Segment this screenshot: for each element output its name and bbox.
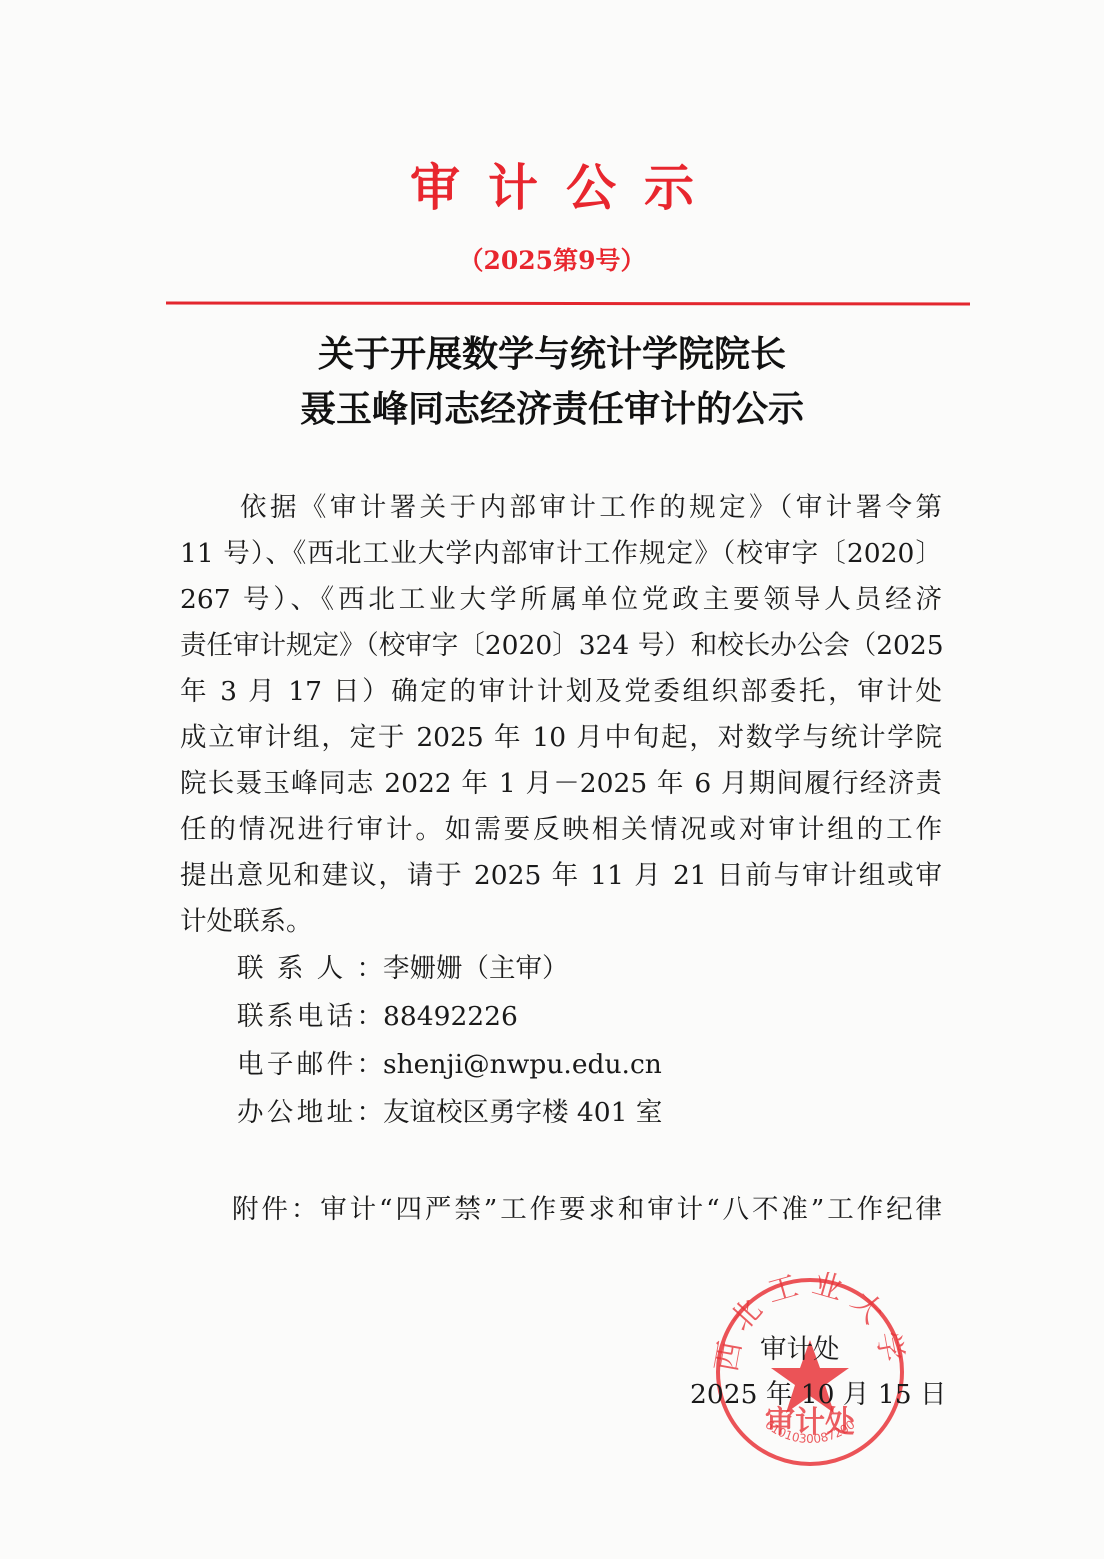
document-title-line-2: 聂玉峰同志经济责任审计的公示 <box>0 381 1104 437</box>
signature-date: 2025 年 10 月 15 日 <box>690 1375 947 1415</box>
contact-label: 电子邮件： <box>237 1042 383 1088</box>
contact-label: 联系电话： <box>237 994 383 1040</box>
body-line: 267 号）、《西北工业大学所属单位党政主要领导人员经济 <box>180 577 942 623</box>
contact-label: 办公地址： <box>237 1090 383 1136</box>
attachment-note: 附件：审计“四严禁”工作要求和审计“八不准”工作纪律 <box>232 1187 942 1233</box>
contact-email: 电子邮件：shenji@nwpu.edu.cn <box>237 1042 662 1088</box>
body-line: 11 号）、《西北工业大学内部审计工作规定》（校审字〔2020〕 <box>180 531 942 577</box>
body-line: 责任审计规定》（校审字〔2020〕324 号）和校长办公会（2025 <box>180 623 942 669</box>
body-line: 任的情况进行审计。如需要反映相关情况或对审计组的工作 <box>180 807 942 853</box>
body-line: 成立审计组，定于 2025 年 10 月中旬起，对数学与统计学院 <box>180 715 942 761</box>
contact-address: 办公地址：友谊校区勇字楼 401 室 <box>237 1090 662 1136</box>
contact-label: 联系人： <box>237 946 383 992</box>
issue-number: （2025第9号） <box>0 244 1104 278</box>
body-line: 年 3 月 17 日）确定的审计计划及党委组织部委托，审计处 <box>180 669 942 715</box>
official-seal: 西北工业大学 审计处 6101030087200 <box>710 1272 910 1472</box>
contact-value: 友谊校区勇字楼 401 室 <box>383 1097 662 1128</box>
body-line: 院长聂玉峰同志 2022 年 1 月－2025 年 6 月期间履行经济责 <box>180 761 942 807</box>
contact-person: 联系人：李姗姗（主审） <box>237 946 569 992</box>
masthead-title: 审计公示 <box>0 158 1104 218</box>
body-line: 提出意见和建议，请于 2025 年 11 月 21 日前与审计组或审 <box>180 853 942 899</box>
contact-phone: 联系电话：88492226 <box>237 994 518 1040</box>
contact-value: 李姗姗（主审） <box>383 953 569 984</box>
body-line: 计处联系。 <box>180 899 942 945</box>
contact-value: 88492226 <box>383 1001 518 1032</box>
contact-value[interactable]: shenji@nwpu.edu.cn <box>383 1049 662 1080</box>
signature-org: 审计处 <box>760 1330 840 1370</box>
body-line: 依据《审计署关于内部审计工作的规定》（审计署令第 <box>240 485 942 531</box>
document-title-line-1: 关于开展数学与统计学院院长 <box>0 326 1104 382</box>
red-divider <box>166 302 970 306</box>
